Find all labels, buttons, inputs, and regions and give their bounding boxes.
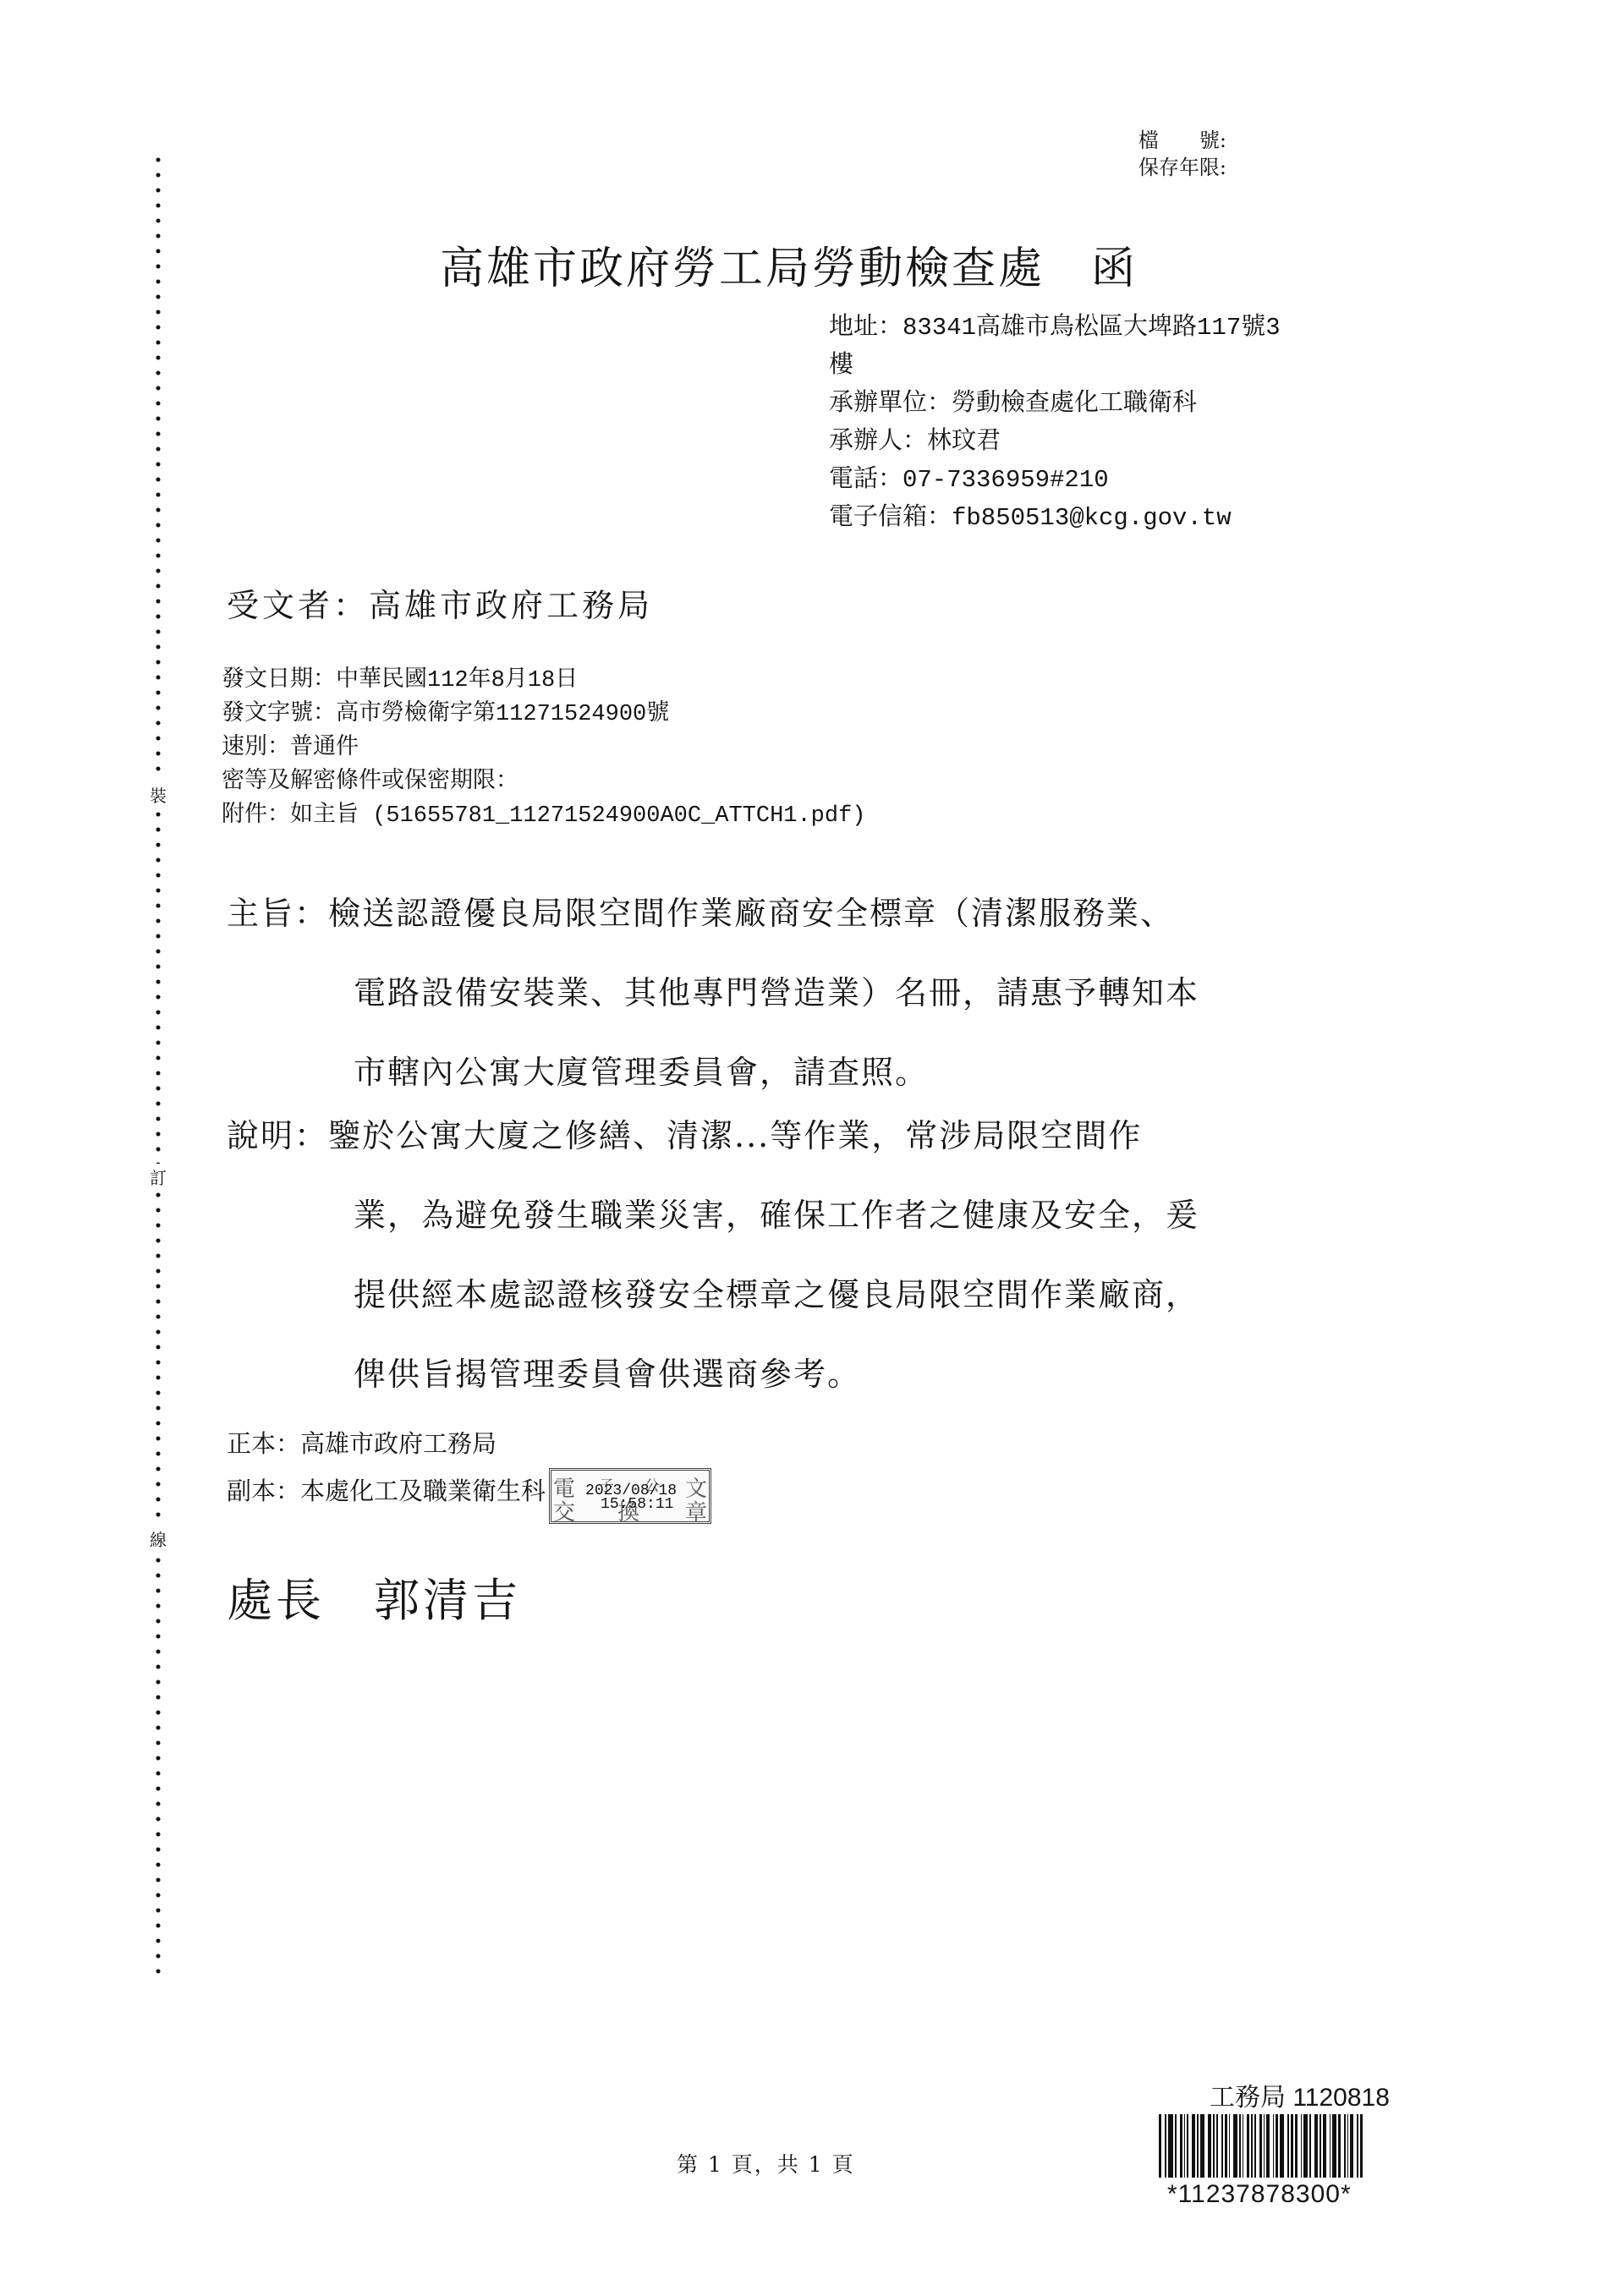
issue-date: 發文日期：中華民國112年8月18日 <box>222 664 866 698</box>
barcode-label: 工務局 1120818 <box>1210 2076 1390 2113</box>
barcode-bar <box>1295 2114 1298 2178</box>
barcode-bar <box>1243 2114 1243 2178</box>
barcode <box>1159 2114 1400 2178</box>
barcode-bar <box>1330 2114 1330 2178</box>
address-line-1: 地址：83341高雄市鳥松區大埤路117號3 <box>829 309 1421 347</box>
handler: 承辦人：林玟君 <box>829 423 1421 461</box>
barcode-bar <box>1259 2114 1262 2178</box>
subject-line-1: 主旨：檢送認證優良局限空間作業廠商安全標章（清潔服務業、 <box>227 888 1199 967</box>
barcode-number: *11237878300* <box>1167 2180 1352 2209</box>
binding-margin: 裝 訂 線 <box>155 152 162 1979</box>
barcode-bar <box>1303 2114 1308 2178</box>
barcode-bar <box>1233 2114 1237 2178</box>
barcode-bar <box>1175 2114 1177 2178</box>
binding-dotted-line <box>155 152 162 1979</box>
attachment: 附件：如主旨 (51655781_11271524900A0C_ATTCH1.p… <box>222 799 866 833</box>
barcode-bar <box>1247 2114 1249 2178</box>
barcode-bar <box>1225 2114 1227 2178</box>
recipient: 受文者：高雄市政府工務局 <box>227 579 653 626</box>
phone: 電話：07-7336959#210 <box>829 461 1421 499</box>
copy-recipient: 副本：本處化工及職業衛生科 電 子 公 文 交 換 章 2023/08/18 1… <box>227 1463 711 1519</box>
barcode-bar <box>1251 2114 1253 2178</box>
barcode-bar <box>1229 2114 1230 2178</box>
barcode-bar <box>1165 2114 1166 2178</box>
barcode-bar <box>1216 2114 1218 2178</box>
distribution: 正本：高雄市政府工務局 副本：本處化工及職業衛生科 電 子 公 文 交 換 章 … <box>227 1425 711 1519</box>
barcode-bar <box>1301 2114 1302 2178</box>
file-number-label: 檔 號: <box>1138 127 1226 154</box>
explanation-line-2: 業，為避免發生職業災害，確保工作者之健康及安全，爰 <box>227 1190 1199 1269</box>
barcode-bar <box>1213 2114 1215 2178</box>
barcode-bar <box>1168 2114 1173 2178</box>
barcode-bar <box>1208 2114 1211 2178</box>
original-recipient-text: 正本：高雄市政府工務局 <box>227 1425 497 1463</box>
explanation-line-3: 提供經本處認證核發安全標章之優良局限空間作業廠商， <box>227 1269 1199 1349</box>
barcode-bar <box>1200 2114 1204 2178</box>
handling-unit: 承辦單位：勞動檢查處化工職衛科 <box>829 385 1421 423</box>
barcode-bar <box>1323 2114 1326 2178</box>
barcode-bar <box>1350 2114 1353 2178</box>
barcode-bar <box>1360 2114 1363 2178</box>
barcode-bar <box>1332 2114 1336 2178</box>
retention-period-label: 保存年限: <box>1138 154 1226 181</box>
document-meta: 發文日期：中華民國112年8月18日 發文字號：高市勞檢衛字第112715249… <box>222 664 866 833</box>
barcode-bar <box>1180 2114 1182 2178</box>
barcode-bar <box>1314 2114 1318 2178</box>
barcode-bar <box>1338 2114 1341 2178</box>
barcode-bar <box>1280 2114 1284 2178</box>
barcode-bar <box>1192 2114 1195 2178</box>
explanation-line-4: 俾供旨揭管理委員會供選商參考。 <box>227 1349 1199 1428</box>
document-number: 發文字號：高市勞檢衛字第11271524900號 <box>222 698 866 732</box>
barcode-bar <box>1264 2114 1265 2178</box>
secrecy-level: 密等及解密條件或保密期限： <box>222 765 866 799</box>
barcode-bar <box>1254 2114 1256 2178</box>
electronic-exchange-stamp: 電 子 公 文 交 換 章 2023/08/18 15:58:11 <box>549 1468 711 1524</box>
email: 電子信箱：fb850513@kcg.gov.tw <box>829 499 1421 537</box>
barcode-bar <box>1347 2114 1348 2178</box>
barcode-bar <box>1273 2114 1274 2178</box>
stamp-char: 交 <box>553 1494 575 1532</box>
barcode-bar <box>1357 2114 1358 2178</box>
barcode-bar <box>1309 2114 1311 2178</box>
explanation-paragraph: 說明：鑒於公寓大廈之修繕、清潔...等作業，常涉局限空間作 業，為避免發生職業災… <box>227 1110 1199 1428</box>
barcode-bar <box>1319 2114 1321 2178</box>
original-recipient: 正本：高雄市政府工務局 <box>227 1425 711 1463</box>
explanation-line-1: 說明：鑒於公寓大廈之修繕、清潔...等作業，常涉局限空間作 <box>227 1110 1199 1190</box>
barcode-bar <box>1184 2114 1185 2178</box>
page-number: 第 1 頁，共 1 頁 <box>677 2148 855 2178</box>
subject-line-2: 電路設備安裝業、其他專門營造業）名冊，請惠予轉知本 <box>227 967 1199 1047</box>
copy-recipient-text: 副本：本處化工及職業衛生科 <box>227 1472 546 1510</box>
barcode-bar <box>1266 2114 1270 2178</box>
barcode-bar <box>1291 2114 1293 2178</box>
barcode-bar <box>1187 2114 1188 2178</box>
barcode-bar <box>1276 2114 1278 2178</box>
delivery-speed: 速別：普通件 <box>222 732 866 765</box>
barcode-bar <box>1239 2114 1241 2178</box>
barcode-bar <box>1287 2114 1289 2178</box>
binding-mark-ding: 訂 <box>145 1164 172 1192</box>
document-title: 高雄市政府勞工局勞動檢查處 函 <box>440 233 1138 296</box>
director-signature: 處長 郭清吉 <box>227 1564 521 1630</box>
contact-info: 地址：83341高雄市鳥松區大埤路117號3 樓 承辦單位：勞動檢查處化工職衛科… <box>829 309 1421 537</box>
barcode-bar <box>1221 2114 1223 2178</box>
stamp-time: 15:58:11 <box>601 1486 673 1524</box>
barcode-bar <box>1197 2114 1199 2178</box>
barcode-bar <box>1344 2114 1346 2178</box>
stamp-char: 章 <box>685 1494 707 1532</box>
address-line-2: 樓 <box>829 347 1421 385</box>
subject-paragraph: 主旨：檢送認證優良局限空間作業廠商安全標章（清潔服務業、 電路設備安裝業、其他專… <box>227 888 1199 1126</box>
barcode-bar <box>1159 2114 1161 2178</box>
file-info: 檔 號: 保存年限: <box>1138 127 1226 181</box>
binding-mark-xian: 線 <box>145 1526 172 1554</box>
binding-mark-zhuang: 裝 <box>145 781 172 810</box>
